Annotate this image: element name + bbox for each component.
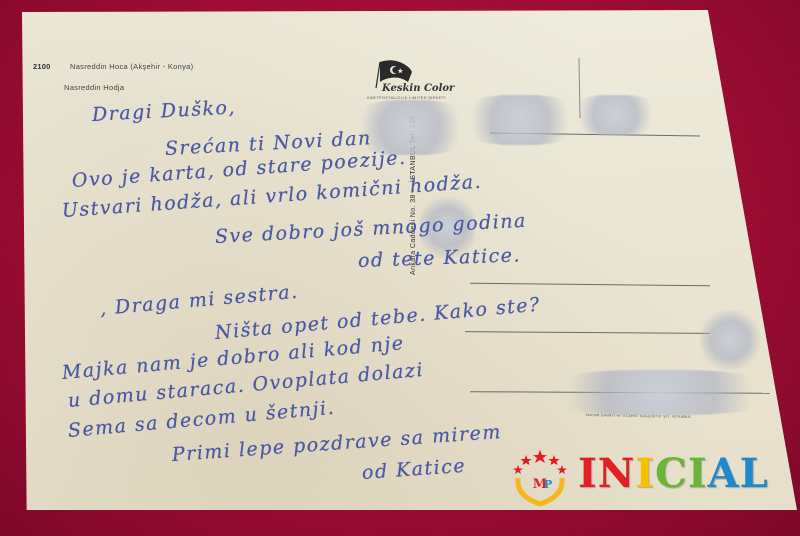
caption-subtitle: Nasreddin Hodja (64, 83, 124, 92)
logo-letter: A (708, 454, 740, 494)
stamp-residue (460, 95, 580, 145)
logo-letter: N (598, 454, 636, 494)
brand-name: Keskin Color (382, 83, 454, 94)
logo-letter: I (688, 454, 708, 494)
inicial-watermark: M P INICIAL (510, 448, 790, 508)
logo-letter: C (655, 454, 688, 494)
inicial-logo-text: INICIAL (578, 454, 769, 494)
caption-title: Nasreddin Hoca (Akşehir - Konya) (70, 62, 193, 71)
stamp-residue (540, 370, 780, 415)
stamp-residue (570, 95, 660, 135)
caption-code: 2100 (33, 62, 51, 71)
stamp-residue (700, 310, 760, 370)
logo-letter: I (635, 454, 655, 494)
mip-emblem-icon: M P (510, 448, 570, 508)
logo-letter: L (740, 454, 769, 494)
logo-letter: I (578, 454, 598, 494)
svg-text:P: P (544, 478, 552, 491)
